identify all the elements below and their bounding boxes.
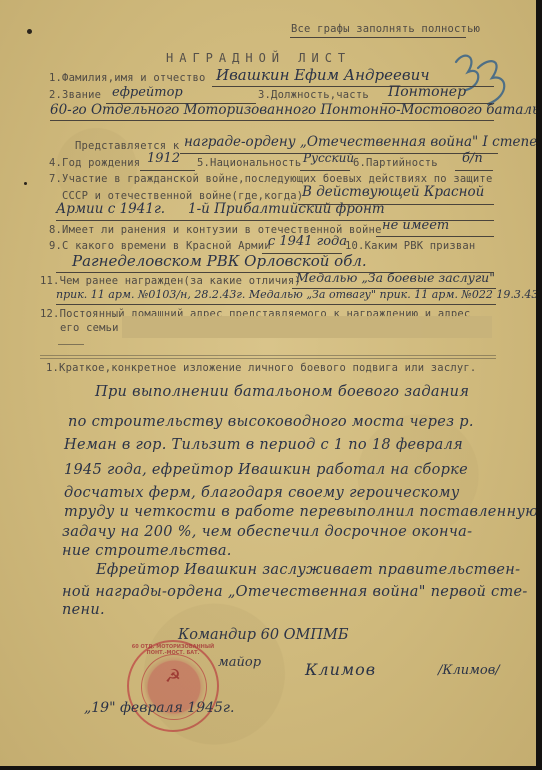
field-11-value-cont: прик. 11 арм. №0103/н, 28.2.43г. Медалью… [56,288,536,301]
field-3-value: Понтонер [388,84,466,100]
field-12-label-cont: его семьи [60,322,119,334]
redacted-address [122,316,492,338]
resolution-mark-icon [448,50,518,110]
section-2-label: 1.Краткое,конкретное изложение личного б… [46,362,476,374]
field-11-label: 11.Чем ранее награжден(за какие отличия) [40,275,301,287]
punch-hole [27,29,32,34]
hammer-sickle-icon: ☭ [129,666,217,687]
citation-line: При выполнении батальоном боевого задани… [95,384,469,400]
field-7-value-front: 1-й Прибалтийский фронт [188,201,385,217]
underline [290,37,466,38]
field-1-value: Ивашкин Ефим Андреевич [216,66,430,84]
field-8-value: не имеет [382,218,449,233]
signature-date: „19" февраля 1945г. [84,700,234,716]
divider [40,355,496,356]
underline [455,170,493,171]
field-5-value: Русский [303,151,354,165]
citation-line: Неман в гор. Тильзит в период с 1 по 18 … [64,437,463,453]
nominated-value: награде-ордену „Отечественная война" I с… [184,134,536,150]
field-11-value: Медалью „За боевые заслуги" [296,270,495,285]
commander-signature: Климов [305,660,376,679]
document-title: НАГРАДНОЙ ЛИСТ [166,51,351,65]
award-sheet: Все графы заполнять полностью НАГРАДНОЙ … [0,0,536,766]
field-3-value-cont: 60-го Отдельного Моторизованного Понтонн… [50,102,536,118]
citation-line: по строительству высоководного моста чер… [68,414,474,430]
citation-line: труду и четкости в работе перевыполнил п… [64,504,536,520]
field-2-label: 2.Звание [49,89,101,101]
field-4-label: 4.Год рождения [49,157,140,169]
field-10-value: Рагнеделовском РВК Орловской обл. [72,252,367,270]
citation-line: Ефрейтор Ивашкин заслуживает правительст… [96,562,520,578]
commander-name: /Климов/ [438,663,500,678]
underline [300,170,350,171]
underline [50,120,494,121]
field-9-value: с 1941 года [268,234,347,249]
commander-rank: майор [218,655,261,670]
underline [56,304,496,305]
field-5-label: 5.Национальность [197,157,301,169]
field-6-value: б/п [462,151,483,166]
citation-line: пени. [62,602,105,618]
divider [40,358,496,359]
citation-line: 1945 года, ефрейтор Ивашкин работал на с… [64,462,468,478]
citation-line: задачу на 200 %, чем обеспечил досрочное… [62,524,472,540]
field-1-label: 1.Фамилия,имя и отчество [49,72,206,84]
field-7-value: В действующей Красной [302,184,484,200]
underline [58,344,84,345]
field-4-value: 1912 [147,151,180,166]
field-10-label: 10.Каким РВК призван [345,240,475,252]
field-7-value-cont: Армии с 1941г. [56,201,165,217]
instruction-text: Все графы заполнять полностью [291,23,480,35]
citation-line: ной награды-ордена „Отечественная война"… [62,584,528,600]
field-2-value: ефрейтор [112,85,183,100]
field-6-label: 6.Партийность [353,157,438,169]
commander-position: Командир 60 ОМПМБ [178,627,349,643]
citation-line: ние строительства. [62,543,232,559]
punch-hole [24,182,27,185]
field-9-label: 9.С какого времени в Красной Армии [49,240,271,252]
underline [140,170,195,171]
official-stamp: 60 ОТД. МОТОРИЗОВАННЫЙ ПОНТ.-МОСТ. БАТ. … [127,640,219,732]
citation-line: досчатых ферм, благодаря своему героичес… [64,485,460,501]
field-3-label: 3.Должность,часть [258,89,369,101]
underline [376,236,494,237]
